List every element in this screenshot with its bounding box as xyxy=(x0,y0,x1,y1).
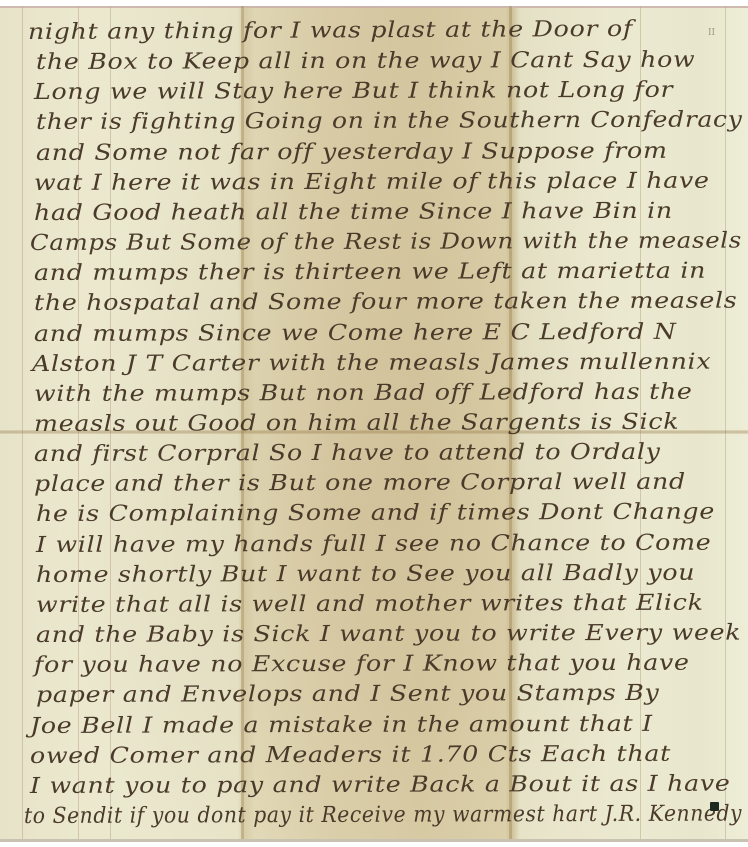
letter-line: home shortly But I want to See you all B… xyxy=(36,560,695,587)
letter-line: I want you to pay and write Back a Bout … xyxy=(30,771,731,798)
letter-line: paper and Envelops and I Sent you Stamps… xyxy=(36,681,660,708)
letter-line: Camps But Some of the Rest is Down with … xyxy=(30,229,742,256)
letter-line: Long we will Stay here But I think not L… xyxy=(34,78,673,105)
letter-line: Alston J T Carter with the measls James … xyxy=(32,349,711,376)
letter-line: write that all is well and mother writes… xyxy=(36,591,704,618)
letter-line: and Some not far off yesterday I Suppose… xyxy=(36,138,668,165)
letter-line: for you have no Excuse for I Know that y… xyxy=(34,651,690,678)
letter-line: I will have my hands full I see no Chanc… xyxy=(36,530,711,557)
letter-line: wat I here it was in Eight mile of this … xyxy=(34,168,710,195)
letter-line: with the mumps But non Bad off Ledford h… xyxy=(34,380,693,407)
letter-line: owed Comer and Meaders it 1.70 Cts Each … xyxy=(30,741,671,768)
letter-line: and first Corpral So I have to attend to… xyxy=(34,440,661,467)
letter-line: place and ther is But one more Corpral w… xyxy=(34,470,686,497)
letter-line: and mumps Since we Come here E C Ledford… xyxy=(34,319,677,346)
letter-line: Joe Bell I made a mistake in the amount … xyxy=(30,711,653,738)
letter-line: measls out Good on him all the Sargents … xyxy=(34,410,679,437)
page-bottom-edge xyxy=(0,839,748,842)
letter-line: the Box to Keep all in on the way I Cant… xyxy=(36,48,695,75)
letter-line: the hospatal and Some four more taken th… xyxy=(34,289,738,316)
ink-blot xyxy=(710,802,719,811)
letter-page: II night any thing for I was plast at th… xyxy=(0,6,748,842)
letter-body: night any thing for I was plast at the D… xyxy=(0,6,748,842)
letter-line: and mumps ther is thirteen we Left at ma… xyxy=(34,259,706,286)
letter-line: night any thing for I was plast at the D… xyxy=(28,17,633,45)
letter-line: he is Complaining Some and if times Dont… xyxy=(36,500,715,527)
letter-line: had Good heath all the time Since I have… xyxy=(34,199,673,226)
letter-line: to Sendit if you dont pay it Receive my … xyxy=(24,801,742,829)
letter-line: ther is fighting Going on in the Souther… xyxy=(36,108,743,135)
letter-line: and the Baby is Sick I want you to write… xyxy=(36,621,741,648)
